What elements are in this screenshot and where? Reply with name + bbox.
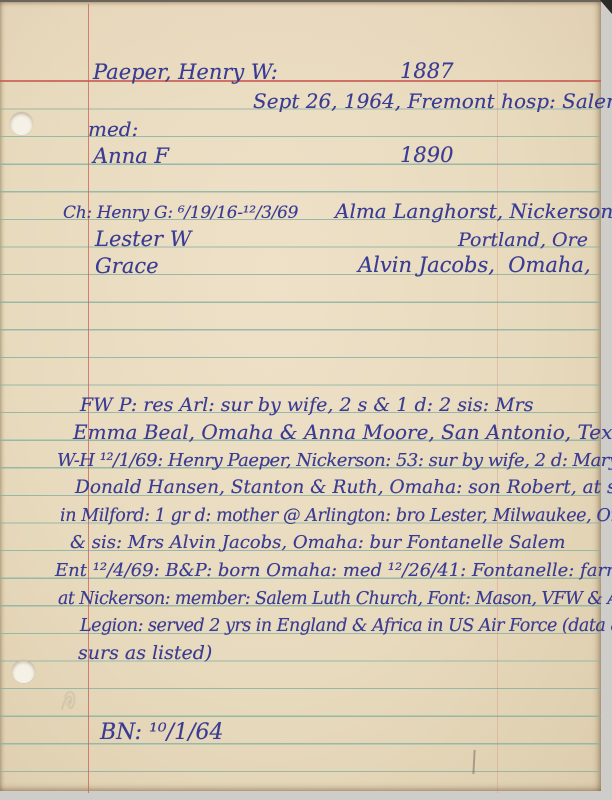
notebook-page: Paeper, Henry W: 1887 Sept 26, 1964, Fre… [0,2,601,791]
hole-punch-bottom [12,660,35,683]
entry-death-line: Sept 26, 1964, Fremont hosp: Salem [253,88,612,114]
hole-punch-top [10,112,33,135]
notes-line: surs as listed) [78,640,212,666]
notes-line: Emma Beal, Omaha & Anna Moore, San Anton… [73,419,612,445]
notes-line: W-H ¹²/1/69: Henry Paeper, Nickerson: 53… [57,448,612,474]
notes-line: & sis: Mrs Alvin Jacobs, Omaha: bur Font… [70,530,566,556]
notes-line: FW P: res Arl: sur by wife, 2 s & 1 d: 2… [80,392,534,418]
scan-corner-artifact [600,0,612,14]
top-margin-line [0,80,601,82]
notes-line: Ent ¹²/4/69: B&P: born Omaha: med ¹²/26/… [55,558,612,584]
children-row-right: Alma Langhorst, Nickerson, [335,198,612,224]
children-row-left: Grace [95,253,159,279]
scan-top-edge [0,0,612,2]
scanned-document: Paeper, Henry W: 1887 Sept 26, 1964, Fre… [0,0,612,800]
children-row-left: Ch: Henry G: ⁶/19/16-¹²/3/69 [63,200,298,226]
children-row-right: Portland, Ore [458,227,588,253]
spouse-name: Anna F [93,143,169,169]
entry-birth-year: 1887 [400,58,453,84]
spouse-birth-year: 1890 [400,142,453,168]
record-date-note: BN: ¹⁰/1/64 [100,720,224,746]
married-label: med: [88,116,138,142]
notes-line: Legion: served 2 yrs in England & Africa… [80,613,612,639]
entry-name: Paeper, Henry W: [93,59,278,85]
notes-line: Donald Hansen, Stanton & Ruth, Omaha: so… [75,475,612,501]
children-row-right: Alvin Jacobs, Omaha, [358,252,591,278]
pencil-smudge-mark [54,682,86,718]
notes-line: at Nickerson: member: Salem Luth Church,… [58,586,612,612]
notes-line: in Milford: 1 gr d: mother @ Arlington: … [60,503,612,529]
children-row-left: Lester W [95,226,191,252]
